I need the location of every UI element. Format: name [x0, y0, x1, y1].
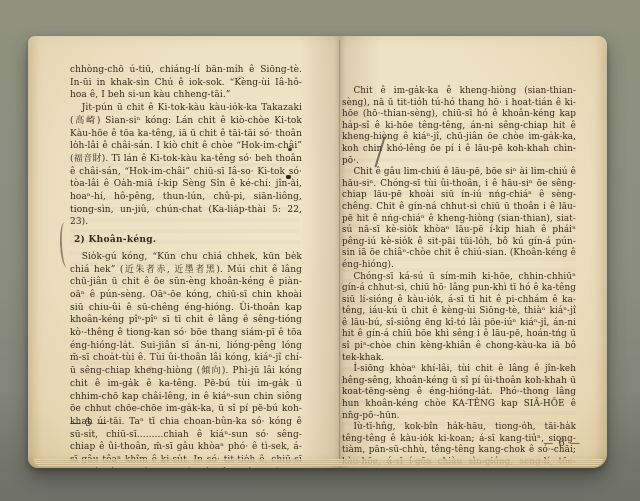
- photo-of-open-book: { "colors":{"background":"#8b8d80","pape…: [0, 0, 640, 501]
- paragraph: Sio̍k-gú kóng, “Kūn chu chiá chhek, kūn …: [70, 251, 302, 468]
- right-page-text: Chit ê im-ga̍k-ka ê kheng-hiòng (sian-th…: [342, 86, 576, 458]
- open-book: chhòng-chō ú-tiū, chiáng-lí bān-mi̍h ê S…: [28, 36, 607, 468]
- paragraph: Ji̍t-pún ū chit ê Ki-tok-kàu kàu-io̍k-ka…: [70, 102, 302, 229]
- right-page: Chit ê im-ga̍k-ka ê kheng-hiòng (sian-th…: [318, 36, 607, 468]
- left-page-text: chhòng-chō ú-tiū, chiáng-lí bān-mi̍h ê S…: [70, 64, 302, 432]
- section-heading: 2) Khoân-kéng.: [74, 234, 302, 247]
- paragraph: Chit ê gâu lim-chiú ê lāu-pē, bōe siⁿ ài…: [342, 167, 576, 271]
- page-number-right: — 6 —: [543, 438, 581, 449]
- paragraph: Chóng-sī ká-sú ū sím-mih ki-hōe, chhin-c…: [342, 272, 576, 365]
- page-number-left: — 5 —: [70, 418, 108, 429]
- paragraph-continuation: chhòng-chō ú-tiū, chiáng-lí bān-mi̍h ê S…: [70, 64, 302, 102]
- paragraph: Í-siōng khòaⁿ khí-lâi, tùi chit ê lâng ê…: [342, 364, 576, 422]
- paragraph: Chit ê im-ga̍k-ka ê kheng-hiòng (sian-th…: [342, 86, 576, 167]
- paragraph: Iù-tī-hn̂g, kok-bîn ha̍k-hāu, tiong-o̍h,…: [342, 422, 576, 468]
- left-page: chhòng-chō ú-tiū, chiáng-lí bān-mi̍h ê S…: [28, 36, 318, 468]
